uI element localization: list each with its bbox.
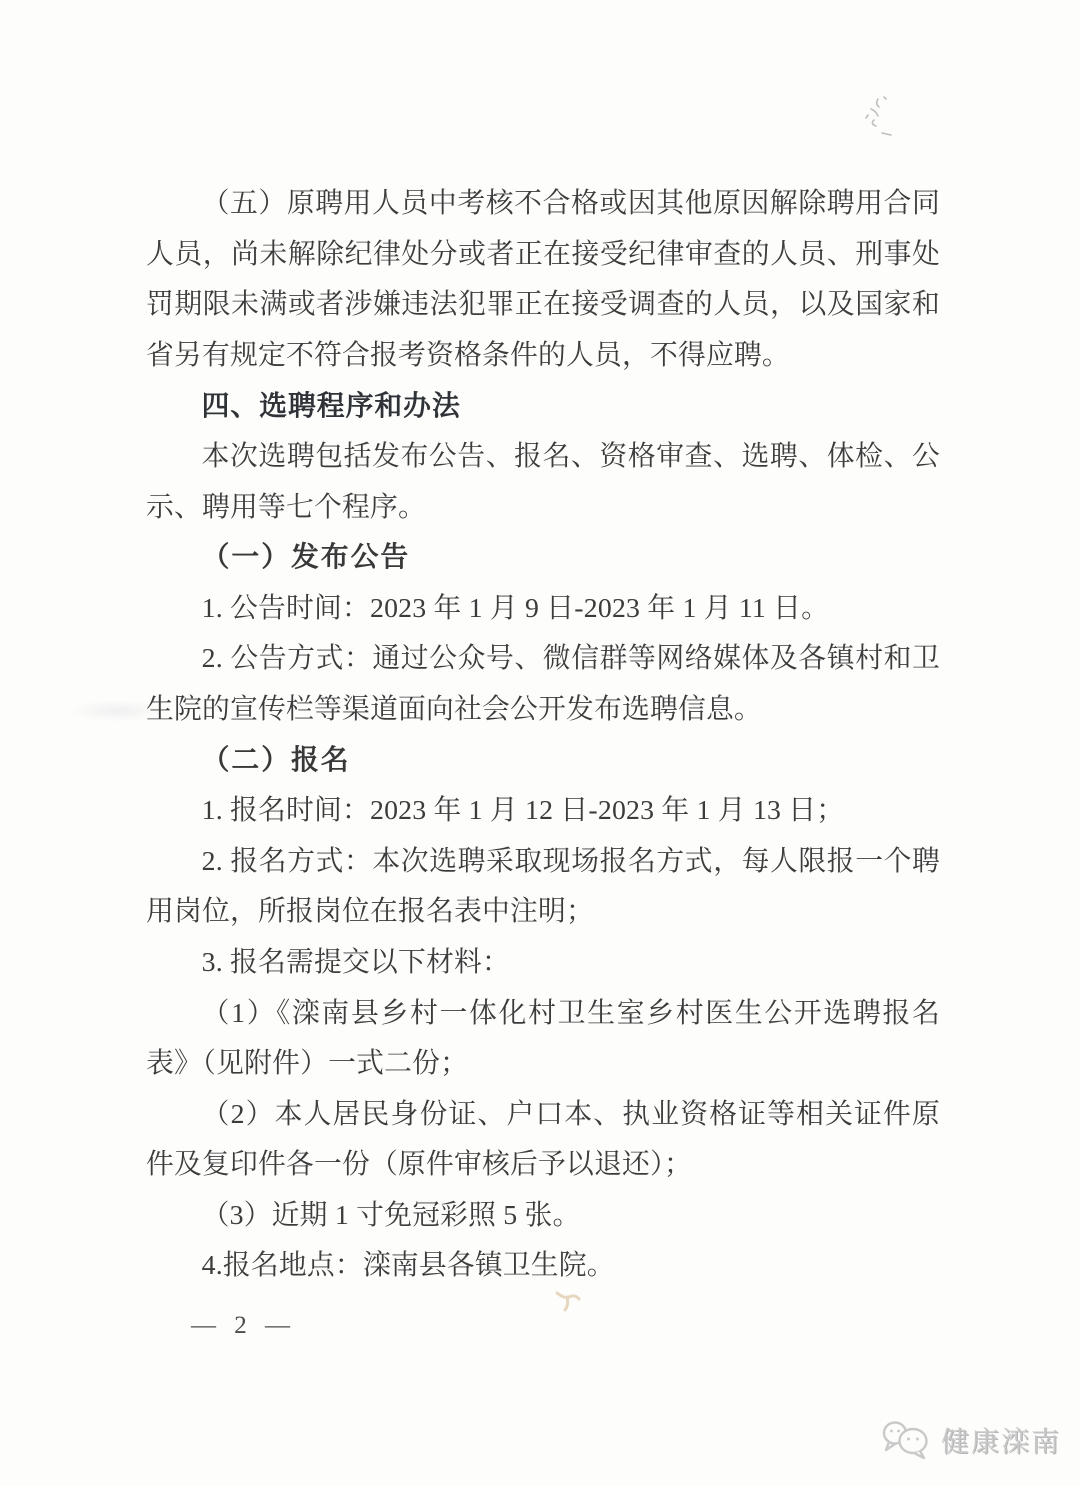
material-item-3: （3）近期 1 寸免冠彩照 5 张。 [146, 1191, 940, 1242]
material-item-2: （2）本人居民身份证、户口本、执业资格证等相关证件原件及复印件各一份（原件审核后… [146, 1090, 940, 1191]
signup-location: 4.报名地点：滦南县各镇卫生院。 [146, 1241, 940, 1292]
material-item-1: （1）《滦南县乡村一体化村卫生室乡村医生公开选聘报名表》（见附件）一式二份； [146, 989, 940, 1090]
watermark: 健康滦南 [882, 1420, 1061, 1460]
pen-smudge-icon [853, 92, 903, 158]
section-four-intro: 本次选聘包括发布公告、报名、资格审查、选聘、体检、公示、聘用等七个程序。 [146, 432, 940, 533]
signup-time: 1. 报名时间：2023 年 1 月 12 日-2023 年 1 月 13 日； [146, 786, 940, 837]
signup-materials-intro: 3. 报名需提交以下材料： [146, 938, 940, 989]
announcement-method: 2. 公告方式：通过公众号、微信群等网络媒体及各镇村和卫生院的宣传栏等渠道面向社… [146, 634, 940, 735]
document-body: （五）原聘用人员中考核不合格或因其他原因解除聘用合同人员，尚未解除纪律处分或者正… [146, 179, 940, 1292]
announcement-time: 1. 公告时间：2023 年 1 月 9 日-2023 年 1 月 11 日。 [146, 584, 940, 635]
wechat-icon [882, 1420, 932, 1460]
section-four-heading: 四、选聘程序和办法 [146, 381, 940, 432]
ink-mark-icon [552, 1286, 586, 1316]
scanned-document-page: （五）原聘用人员中考核不合格或因其他原因解除聘用合同人员，尚未解除纪律处分或者正… [0, 0, 1080, 1486]
subsection-one-heading: （一）发布公告 [146, 533, 940, 584]
clause-five-paragraph: （五）原聘用人员中考核不合格或因其他原因解除聘用合同人员，尚未解除纪律处分或者正… [146, 179, 940, 381]
signup-method: 2. 报名方式：本次选聘采取现场报名方式，每人限报一个聘用岗位，所报岗位在报名表… [146, 837, 940, 938]
page-number: — 2 — [191, 1312, 296, 1340]
watermark-text: 健康滦南 [941, 1420, 1061, 1460]
subsection-two-heading: （二）报名 [146, 736, 940, 787]
